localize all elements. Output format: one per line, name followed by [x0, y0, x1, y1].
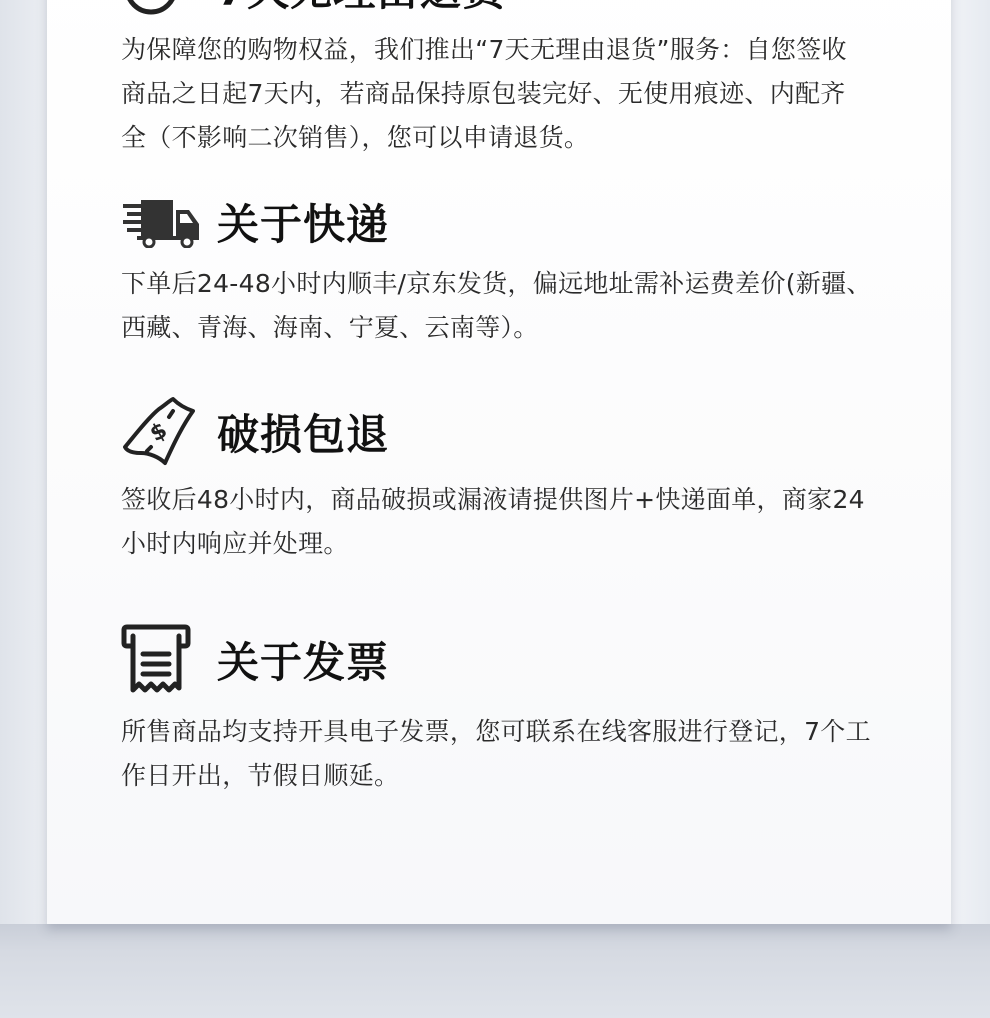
section-heading: 关于快递 — [121, 182, 921, 262]
text-line: 签收后48小时内，商品破损或漏液请提供图片+快递面单，商家24 — [121, 478, 921, 522]
section-heading: $ 破损包退 — [121, 392, 921, 472]
receipt-icon — [121, 624, 201, 696]
section-title: 7天无理由退货 — [217, 0, 505, 18]
section-heading: 关于发票 — [121, 620, 921, 700]
section-body: 所售商品均支持开具电子发票，您可联系在线客服进行登记，7个工 作日开出，节假日顺… — [121, 710, 921, 798]
section-invoice: 关于发票 所售商品均支持开具电子发票，您可联系在线客服进行登记，7个工 作日开出… — [121, 620, 921, 798]
text-line: 小时内响应并处理。 — [121, 522, 921, 566]
section-body: 为保障您的购物权益，我们推出“7天无理由退货”服务：自您签收 商品之日起7天内，… — [121, 28, 921, 160]
text-line: 商品之日起7天内，若商品保持原包装完好、无使用痕迹、内配齐 — [121, 72, 921, 116]
delivery-truck-icon — [121, 186, 201, 258]
circle-icon — [121, 0, 201, 24]
money-bill-icon: $ — [121, 396, 201, 468]
section-heading: 7天无理由退货 — [121, 0, 921, 28]
service-policy-card: 7天无理由退货 为保障您的购物权益，我们推出“7天无理由退货”服务：自您签收 商… — [47, 0, 951, 924]
text-line: 下单后24-48小时内顺丰/京东发货，偏远地址需补运费差价(新疆、 — [121, 262, 921, 306]
section-title: 关于快递 — [217, 192, 389, 252]
text-line: 作日开出，节假日顺延。 — [121, 754, 921, 798]
text-line: 西藏、青海、海南、宁夏、云南等）。 — [121, 306, 921, 350]
svg-text:$: $ — [146, 418, 172, 447]
section-express: 关于快递 下单后24-48小时内顺丰/京东发货，偏远地址需补运费差价(新疆、 西… — [121, 182, 921, 350]
section-title: 关于发票 — [217, 630, 389, 690]
page-background — [0, 924, 990, 1018]
section-title: 破损包退 — [217, 402, 389, 462]
section-body: 签收后48小时内，商品破损或漏液请提供图片+快递面单，商家24 小时内响应并处理… — [121, 478, 921, 566]
text-line: 全（不影响二次销售），您可以申请退货。 — [121, 116, 921, 160]
text-line: 所售商品均支持开具电子发票，您可联系在线客服进行登记，7个工 — [121, 710, 921, 754]
section-return-policy: 7天无理由退货 为保障您的购物权益，我们推出“7天无理由退货”服务：自您签收 商… — [121, 0, 921, 160]
section-body: 下单后24-48小时内顺丰/京东发货，偏远地址需补运费差价(新疆、 西藏、青海、… — [121, 262, 921, 350]
text-line: 为保障您的购物权益，我们推出“7天无理由退货”服务：自您签收 — [121, 28, 921, 72]
section-damage-return: $ 破损包退 签收后48小时内，商品破损或漏液请提供图片+快递面单，商家24 小… — [121, 392, 921, 566]
